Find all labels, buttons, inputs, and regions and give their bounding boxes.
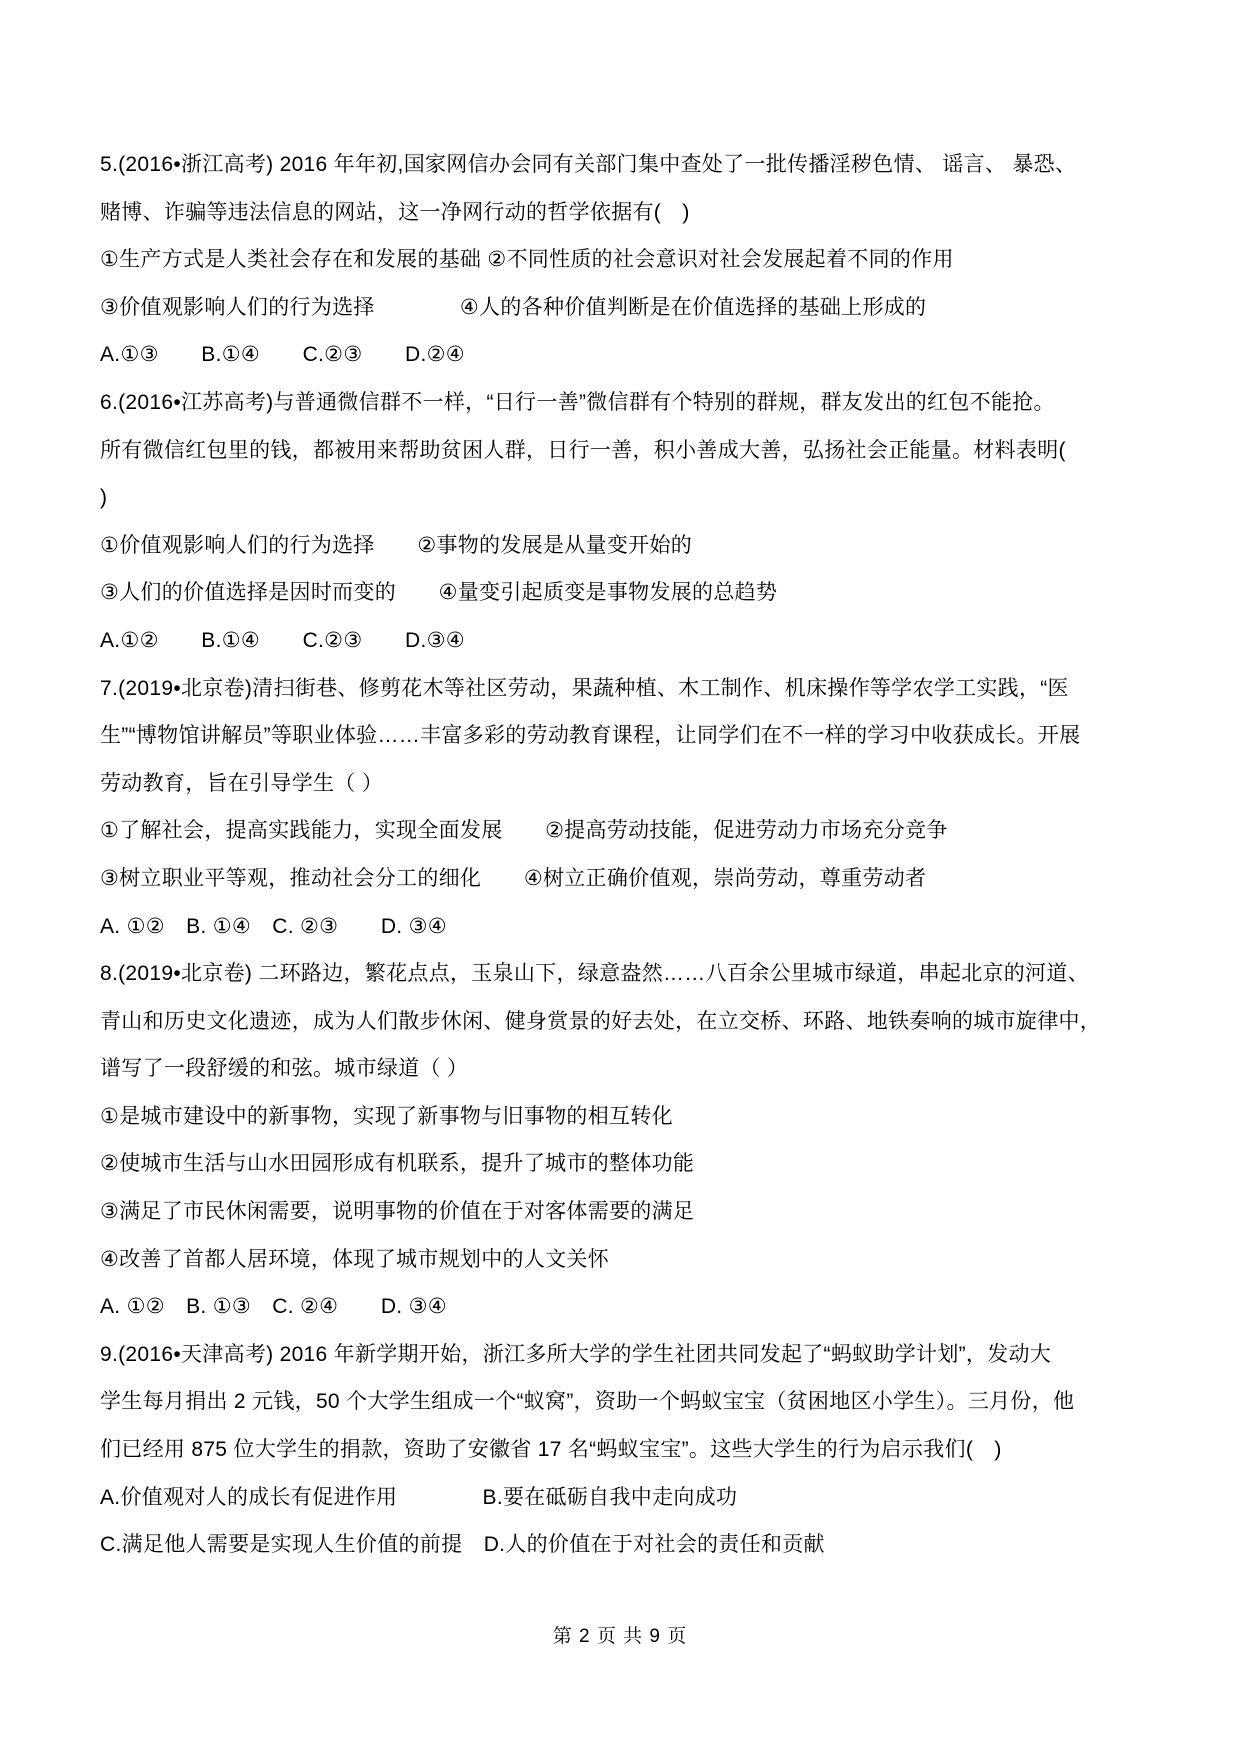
text-line: 6.(2016•江苏高考)与普通微信群不一样，“日行一善”微信群有个特别的群规，…	[100, 379, 1155, 427]
question-8: 8.(2019•北京卷) 二环路边，繁花点点，玉泉山下，绿意盎然……八百余公里城…	[100, 950, 1155, 1331]
text-line: ①是城市建设中的新事物，实现了新事物与旧事物的相互转化	[100, 1093, 1155, 1141]
text-line: A. ①② B. ①③ C. ②④ D. ③④	[100, 1283, 1155, 1331]
text-line: 赌博、诈骗等违法信息的网站，这一净网行动的哲学依据有( )	[100, 189, 1155, 237]
text-line: ④改善了首都人居环境，体现了城市规划中的人文关怀	[100, 1236, 1155, 1284]
text-line: 学生每月捐出 2 元钱，50 个大学生组成一个“蚁窝”，资助一个蚂蚁宝宝（贫困地…	[100, 1378, 1155, 1426]
text-line: 青山和历史文化遗迹，成为人们散步休闲、健身赏景的好去处，在立交桥、环路、地铁奏响…	[100, 998, 1155, 1046]
text-line: ①生产方式是人类社会存在和发展的基础 ②不同性质的社会意识对社会发展起着不同的作…	[100, 236, 1155, 284]
text-line: A.①② B.①④ C.②③ D.③④	[100, 617, 1155, 665]
text-line: ①了解社会，提高实践能力，实现全面发展 ②提高劳动技能，促进劳动力市场充分竞争	[100, 807, 1155, 855]
text-line: 谱写了一段舒缓的和弦。城市绿道（ ）	[100, 1045, 1155, 1093]
exam-page: 5.(2016•浙江高考) 2016 年年初,国家网信办会同有关部门集中查处了一…	[0, 0, 1240, 1754]
text-line: ①价值观影响人们的行为选择 ②事物的发展是从量变开始的	[100, 522, 1155, 570]
text-line: ③人们的价值选择是因时而变的 ④量变引起质变是事物发展的总趋势	[100, 569, 1155, 617]
question-5: 5.(2016•浙江高考) 2016 年年初,国家网信办会同有关部门集中查处了一…	[100, 141, 1155, 379]
text-line: 所有微信红包里的钱，都被用来帮助贫困人群，日行一善，积小善成大善，弘扬社会正能量…	[100, 427, 1155, 475]
text-line: 生”“博物馆讲解员”等职业体验……丰富多彩的劳动教育课程，让同学们在不一样的学习…	[100, 712, 1155, 760]
question-7: 7.(2019•北京卷)清扫街巷、修剪花木等社区劳动，果蔬种植、木工制作、机床操…	[100, 665, 1155, 951]
text-line: C.满足他人需要是实现人生价值的前提 D.人的价值在于对社会的责任和贡献	[100, 1521, 1155, 1569]
text-line: ③价值观影响人们的行为选择 ④人的各种价值判断是在价值选择的基础上形成的	[100, 284, 1155, 332]
text-line: ②使城市生活与山水田园形成有机联系，提升了城市的整体功能	[100, 1140, 1155, 1188]
text-line: A.①③ B.①④ C.②③ D.②④	[100, 331, 1155, 379]
question-6: 6.(2016•江苏高考)与普通微信群不一样，“日行一善”微信群有个特别的群规，…	[100, 379, 1155, 665]
text-line: A.价值观对人的成长有促进作用 B.要在砥砺自我中走向成功	[100, 1474, 1155, 1522]
text-line: ③树立职业平等观，推动社会分工的细化 ④树立正确价值观，崇尚劳动，尊重劳动者	[100, 855, 1155, 903]
page-footer: 第 2 页 共 9 页	[0, 1621, 1240, 1648]
questions-container: 5.(2016•浙江高考) 2016 年年初,国家网信办会同有关部门集中查处了一…	[100, 141, 1155, 1569]
text-line: ③满足了市民休闲需要，说明事物的价值在于对客体需要的满足	[100, 1188, 1155, 1236]
question-9: 9.(2016•天津高考) 2016 年新学期开始，浙江多所大学的学生社团共同发…	[100, 1331, 1155, 1569]
text-line: 9.(2016•天津高考) 2016 年新学期开始，浙江多所大学的学生社团共同发…	[100, 1331, 1155, 1379]
text-line: 8.(2019•北京卷) 二环路边，繁花点点，玉泉山下，绿意盎然……八百余公里城…	[100, 950, 1155, 998]
text-line: 劳动教育，旨在引导学生（ ）	[100, 760, 1155, 808]
page-number-text: 第 2 页 共 9 页	[553, 1626, 688, 1647]
text-line: A. ①② B. ①④ C. ②③ D. ③④	[100, 903, 1155, 951]
text-line: 们已经用 875 位大学生的捐款，资助了安徽省 17 名“蚂蚁宝宝”。这些大学生…	[100, 1426, 1155, 1474]
text-line: 5.(2016•浙江高考) 2016 年年初,国家网信办会同有关部门集中查处了一…	[100, 141, 1155, 189]
text-line: 7.(2019•北京卷)清扫街巷、修剪花木等社区劳动，果蔬种植、木工制作、机床操…	[100, 665, 1155, 713]
text-line: )	[100, 474, 1155, 522]
